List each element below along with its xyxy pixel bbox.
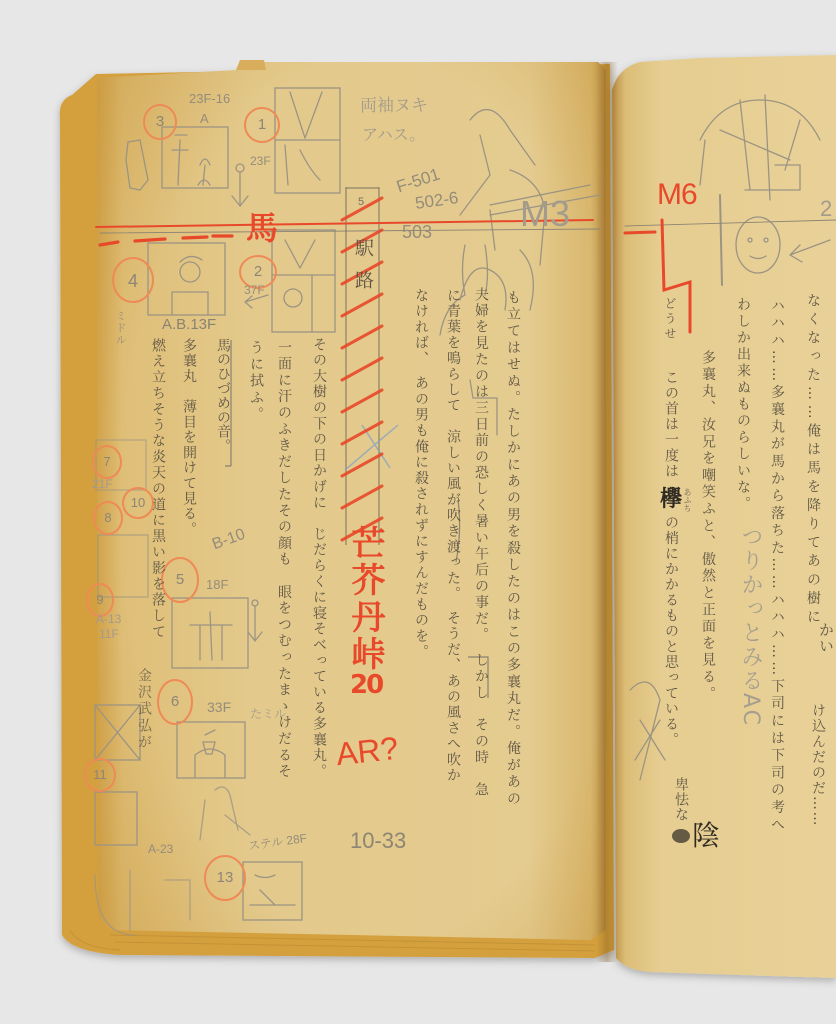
shot-note: 18F	[206, 578, 228, 591]
tamiru-note: たミル	[250, 708, 286, 720]
script-column: なければ、 あの男も俺に殺されずにすんだものを。	[413, 288, 429, 660]
middle-note: ミドル	[112, 310, 128, 346]
script-column: 多襄丸 薄目を開けて見る。	[181, 338, 197, 537]
margin-kana: かい	[818, 622, 834, 654]
right-page-surface	[612, 55, 836, 978]
script-column: なくなった……俺は馬を降りてあの樹に	[805, 293, 821, 628]
gutter-shadow	[596, 62, 618, 962]
script-column: 卑怯な	[673, 777, 689, 822]
direction-note: つりかっとみるAC	[738, 525, 762, 727]
script-column: 金沢武弘が	[136, 668, 152, 752]
shot-number: 9	[85, 593, 115, 606]
script-column: その大樹の下の日かげに じだらくに寝そべっている多襄丸。	[311, 337, 327, 779]
film-number: 503	[402, 223, 432, 241]
shot-note: 23F-16	[189, 92, 230, 105]
red-ar-note: AR?	[334, 732, 399, 770]
red-horse-mark: 馬	[246, 212, 278, 244]
book-photograph: も立てはせぬ。たしかにあの男を殺したのはこの多襄丸だ。俺があの 夫婦を見たのは三…	[0, 0, 836, 1024]
script-column: も立てはせぬ。たしかにあの男を殺したのはこの多襄丸だ。俺があの	[505, 290, 521, 808]
script-column: 多襄丸、汝兄を嘲笑ふと、傲然と正面を見る。	[700, 350, 716, 703]
shot-number: 8	[93, 511, 123, 524]
scene-title: 駅路	[353, 238, 372, 302]
script-column: 夫婦を見たのは三日前の恐しく暑い午后の事だ。 しかし その時 急	[473, 287, 489, 798]
scene-number: 5	[358, 197, 364, 208]
shot-note: 37F	[244, 284, 265, 296]
script-column: け込んだのだ……	[810, 703, 826, 827]
reel-number: M3	[520, 196, 570, 232]
shot-note: 33F	[207, 700, 231, 714]
shot-number: 4	[118, 272, 148, 290]
red-reel-number: M6	[657, 180, 697, 210]
shot-note: A-13	[96, 613, 121, 625]
shot-number: 2	[243, 264, 273, 279]
red-number-note: 20	[350, 672, 382, 698]
script-column: に青葉を鳴らして 涼しい風が吹き渡った。 そうだ、あの風さへ吹か	[445, 288, 461, 783]
costume-note: 両袖ヌキ	[360, 98, 428, 115]
script-column: うに拭ふ。	[248, 340, 264, 424]
shot-number: 13	[210, 870, 240, 885]
ink-blot	[672, 829, 690, 843]
script-column: の梢にかかるものと思っている。	[663, 515, 679, 748]
script-column: この首は一度は	[663, 370, 679, 479]
script-column: わしか出来ぬものらしいな。	[735, 297, 751, 513]
shot-number: 10	[123, 496, 153, 509]
margin-number: 2	[820, 198, 832, 220]
shot-note: 11F	[99, 628, 119, 640]
cut-range-note: 10-33	[350, 830, 406, 852]
shot-note: 23F	[250, 155, 271, 167]
red-vertical-note: 芒芥丹峠	[348, 525, 382, 673]
shot-number: 6	[160, 694, 190, 709]
shot-note: 21F	[92, 478, 113, 490]
shot-note: A.B.13F	[162, 317, 216, 332]
script-column: 燃え立ちそうな炎天の道に黒い影を落して	[150, 338, 166, 640]
ruby-note: あふち	[683, 488, 691, 512]
ink-correction: 欅	[660, 488, 682, 510]
shot-number: 1	[247, 117, 277, 132]
shot-number: 7	[92, 455, 122, 468]
page-tab	[236, 60, 266, 70]
script-column-aside: どうせ	[662, 297, 678, 342]
script-column: ハハハ……多襄丸が馬から落ちた……ハハハ……下司には下司の考へ	[769, 298, 785, 834]
ink-mark: 陰	[692, 822, 720, 850]
script-column: 馬のひづめの音。	[215, 338, 231, 453]
shot-note: A-23	[148, 843, 173, 855]
shot-number: 5	[165, 572, 195, 587]
shot-note: A	[200, 112, 209, 125]
shot-number: 11	[85, 768, 115, 781]
shot-number: 3	[145, 114, 175, 129]
costume-note-sub: アハス。	[362, 127, 425, 143]
